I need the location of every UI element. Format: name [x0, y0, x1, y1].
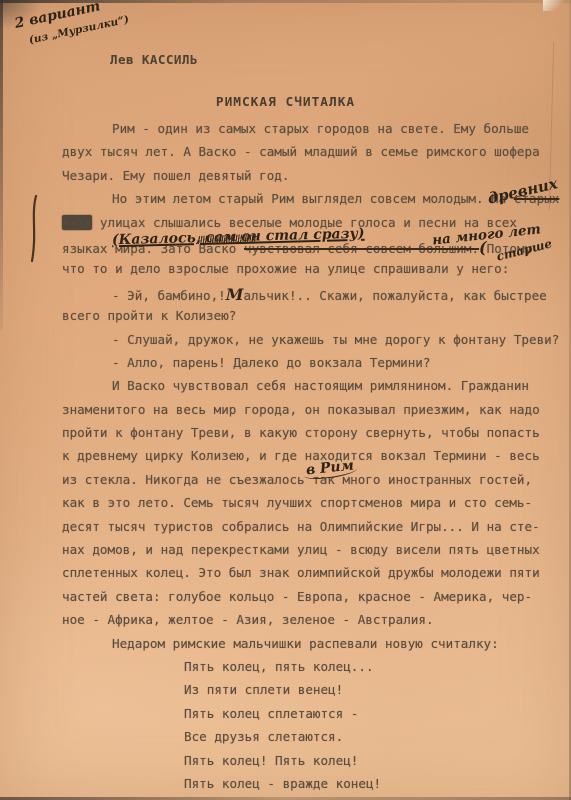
text-segment: десят тысяч туристов собрались на Олимпи…: [62, 519, 540, 534]
typed-line: сплетенных колец. Это был знак олимпийск…: [62, 565, 550, 588]
text-segment: Но этим летом старый Рим выглядел совсем…: [112, 191, 514, 206]
text-segment: сплетенных колец. Это был знак олимпийск…: [62, 565, 540, 580]
text-segment: альчик!.. Скажи, пожалуйста, как быстрее: [243, 288, 546, 303]
blacked-out-segment: хххх: [62, 215, 92, 230]
text-segment: Чезари. Ему пошел девятый год.: [62, 168, 289, 183]
typed-line: десят тысяч туристов собрались на Олимпи…: [62, 519, 550, 542]
text-segment: из стекла. Никогда не съезжалось так мно…: [62, 472, 532, 487]
text-segment: И Васко чувствовал себя настоящим римлян…: [112, 378, 529, 393]
text-segment: как в это лето. Семь тысяч лучших спортс…: [62, 495, 532, 510]
typed-line: Рим - один из самых старых городов на св…: [62, 121, 550, 144]
typed-line: всего пройти к Колизею?: [62, 308, 550, 331]
typed-line: Пять колец, пять колец...: [62, 659, 550, 682]
text-segment: - Алло, парень! Далеко до вокзала Термин…: [112, 355, 430, 370]
typed-line: что то и дело взрослые прохожие на улице…: [62, 261, 550, 284]
text-segment: Из пяти сплети венец!: [184, 682, 343, 697]
typed-line: Пять колец сплетаются -: [62, 706, 550, 729]
scan-edge-left: [0, 0, 3, 330]
margin-ink-stroke: [26, 193, 42, 265]
typescript-body: Рим - один из самых старых городов на св…: [62, 121, 550, 799]
typed-line: И Васко чувствовал себя настоящим римлян…: [62, 378, 550, 401]
paper-corner-sliver: [543, 0, 571, 11]
typed-line: нах домов, и над перекрестками улиц - вс…: [62, 542, 550, 565]
typed-line: двух тысяч лет. А Васко - самый младший …: [62, 144, 550, 167]
text-segment: нах домов, и над перекрестками улиц - вс…: [62, 542, 540, 557]
typed-line: пройти к фонтану Треви, в какую сторону …: [62, 425, 550, 448]
typed-line: Пять колец - вражде конец!: [62, 776, 550, 799]
typed-line: ное - Африка, желтое - Азия, зеленое - А…: [62, 612, 550, 635]
text-segment: - Эй, бамбино,!: [112, 288, 226, 303]
text-segment: частей света: голубое кольцо - Европа, к…: [62, 589, 532, 604]
typed-line: частей света: голубое кольцо - Европа, к…: [62, 589, 550, 612]
typed-line: Все друзья слетаются.: [62, 729, 550, 752]
typed-line: как в это лето. Семь тысяч лучших спортс…: [62, 495, 550, 518]
typed-line: знаменитого на весь мир города, он показ…: [62, 402, 550, 425]
typed-line: Чезари. Ему пошел девятый год.: [62, 168, 550, 191]
text-segment: Пять колец! Пять колец!: [184, 753, 358, 768]
typed-line: Пять колец! Пять колец!: [62, 753, 550, 776]
text-segment: Пять колец сплетаются -: [184, 706, 358, 721]
handwritten-inline-segment: М: [226, 285, 244, 304]
text-segment: Пять колец, пять колец...: [184, 659, 374, 674]
typed-line: - Слушай, дружок, не укажешь ты мне доро…: [62, 332, 550, 355]
typed-line: Но этим летом старый Рим выглядел совсем…: [62, 191, 550, 214]
text-segment: Недаром римские мальчишки распевали нову…: [112, 636, 499, 651]
text-segment: Рим - один из самых старых городов на св…: [112, 121, 529, 136]
text-segment: двух тысяч лет. А Васко - самый младший …: [62, 144, 540, 159]
author-line: Лев КАССИЛЬ: [110, 52, 198, 67]
text-segment: пройти к фонтану Треви, в какую сторону …: [62, 425, 540, 440]
text-segment: Все друзья слетаются.: [184, 729, 343, 744]
text-segment: что то и дело взрослые прохожие на улице…: [62, 261, 509, 276]
text-segment: всего пройти к Колизею?: [62, 308, 236, 323]
typescript-page: Лев КАССИЛЬ РИМСКАЯ СЧИТАЛКА Рим - один …: [0, 0, 571, 800]
text-segment: ное - Африка, желтое - Азия, зеленое - А…: [62, 612, 434, 627]
text-segment: знаменитого на весь мир города, он показ…: [62, 402, 540, 417]
text-segment: Пять колец - вражде конец!: [184, 776, 381, 791]
typed-line: Недаром римские мальчишки распевали нову…: [62, 636, 550, 659]
typed-line: - Алло, парень! Далеко до вокзала Термин…: [62, 355, 550, 378]
text-segment: - Слушай, дружок, не укажешь ты мне доро…: [112, 332, 559, 347]
text-segment: к древнему цирку Колизею, и где находитс…: [62, 448, 540, 463]
typed-line: - Эй, бамбино,!Мальчик!.. Скажи, пожалуй…: [62, 285, 550, 308]
page-title: РИМСКАЯ СЧИТАЛКА: [0, 95, 571, 110]
typed-line: Из пяти сплети венец!: [62, 682, 550, 705]
